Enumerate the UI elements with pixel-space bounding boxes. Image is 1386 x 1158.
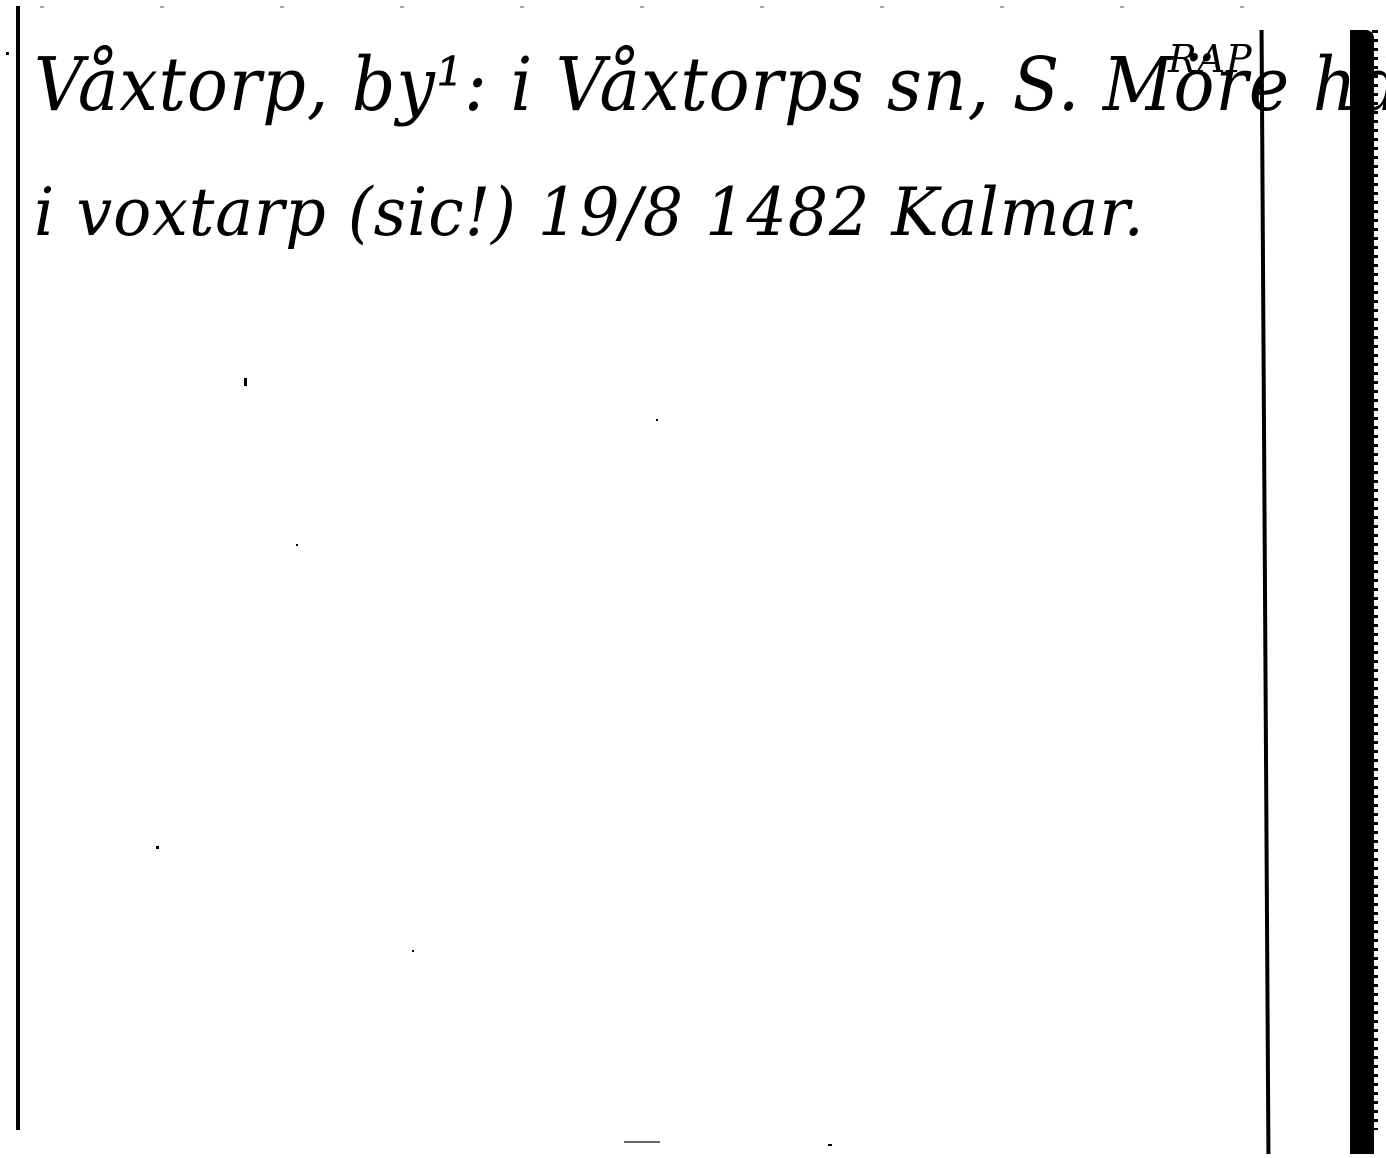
scan-speck xyxy=(412,950,414,952)
scan-edge-noise xyxy=(0,6,1350,28)
scan-speck xyxy=(156,846,159,849)
entry-line-1: Våxtorp, by¹: i Våxtorps sn, S. Möre hd,… xyxy=(34,48,1386,122)
scan-speck xyxy=(828,1144,832,1146)
right-margin-rule xyxy=(1260,30,1271,1154)
scan-speck xyxy=(624,1141,660,1143)
scan-speck xyxy=(656,419,658,421)
left-margin-rule xyxy=(16,6,20,1130)
scan-speck xyxy=(6,52,9,55)
scan-speck xyxy=(244,378,247,386)
archive-card: RAP Våxtorp, by¹: i Våxtorps sn, S. Möre… xyxy=(0,0,1386,1158)
scan-speck xyxy=(296,544,298,546)
card-right-edge-shadow xyxy=(1350,30,1374,1154)
entry-line-2: i voxtarp (sic!) 19/8 1482 Kalmar. xyxy=(34,180,1145,246)
